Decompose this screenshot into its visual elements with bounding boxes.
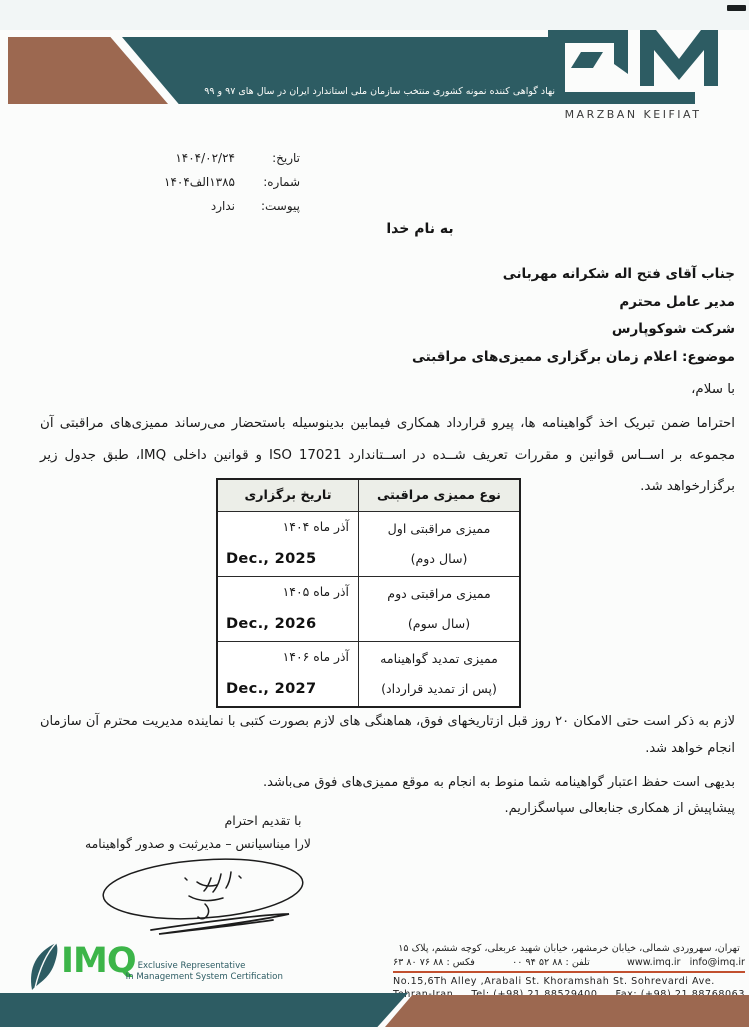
audit-schedule-table: تاریخ برگزاری نوع ممیزی مراقبتی آذر ماه … — [216, 478, 521, 708]
closing-respect: با تقدیم احترام — [183, 813, 343, 828]
footer-divider — [393, 971, 745, 973]
cell-type: ممیزی تمدید گواهینامه (پس از تمدید قرارد… — [358, 642, 519, 706]
closing-notes: لازم به ذکر است حتی الامکان ۲۰ روز قبل ا… — [40, 708, 735, 822]
meta-number-row: شماره: ۱۳۸۵الف۱۴۰۴ — [138, 170, 300, 194]
tel-fa: تلفن : ۸۸ ۵۲ ۹۴ ۰۰ — [512, 956, 590, 969]
audit-type-note: (پس از تمدید قرارداد) — [381, 681, 497, 696]
date-label: تاریخ: — [248, 151, 300, 165]
website-email: www.imq.ir info@imq.ir — [627, 956, 745, 969]
cell-date: آذر ماه ۱۴۰۶ Dec., 2027 — [218, 642, 358, 706]
attachment-label: پیوست: — [248, 199, 300, 213]
note-validity: بدیهی است حفظ اعتبار گواهینامه شما منوط … — [40, 770, 735, 796]
imq-wordmark: IMQ — [61, 941, 136, 981]
qm-logo-icon — [548, 30, 718, 106]
address-en: No.15,6Th Alley ,Arabali St. Khoramshah … — [393, 976, 745, 989]
audit-type: ممیزی مراقبتی دوم — [387, 586, 490, 601]
note-coordination: لازم به ذکر است حتی الامکان ۲۰ روز قبل ا… — [40, 708, 735, 762]
website-link: www.imq.ir — [627, 957, 680, 968]
header-date: تاریخ برگزاری — [218, 480, 358, 511]
addressee-block: جناب آقای فتح اله شکرانه مهربانی مدیر عا… — [412, 261, 735, 371]
cell-date: آذر ماه ۱۴۰۵ Dec., 2026 — [218, 577, 358, 641]
date-value: ۱۴۰۴/۰۲/۲۴ — [140, 151, 235, 165]
imq-tagline-2: In Management System Certification — [126, 972, 283, 983]
phone-line-fa: فکس : ۸۸ ۷۶ ۸۰ ۶۳ تلفن : ۸۸ ۵۲ ۹۴ ۰۰ www… — [393, 956, 745, 969]
date-en: Dec., 2025 — [226, 550, 316, 567]
cell-type: ممیزی مراقبتی دوم (سال سوم) — [358, 577, 519, 641]
date-fa: آذر ماه ۱۴۰۵ — [283, 584, 349, 599]
cell-type: ممیزی مراقبتی اول (سال دوم) — [358, 512, 519, 576]
scan-artifact — [727, 5, 746, 11]
table-row: آذر ماه ۱۴۰۶ Dec., 2027 ممیزی تمدید گواه… — [218, 641, 519, 706]
footer-brown-bar — [385, 995, 749, 1027]
banner-text: نهاد گواهی کننده نمونه کشوری منتخب سازما… — [204, 86, 565, 104]
date-en: Dec., 2026 — [226, 615, 316, 632]
recipient-company: شرکت شوکوپارس — [412, 316, 735, 344]
recipient-title: مدیر عامل محترم — [412, 289, 735, 317]
attachment-value: ندارد — [140, 199, 235, 213]
header-type: نوع ممیزی مراقبتی — [358, 480, 519, 511]
meta-date-row: تاریخ: ۱۴۰۴/۰۲/۲۴ — [138, 146, 300, 170]
recipient-name: جناب آقای فتح اله شکرانه مهربانی — [412, 261, 735, 289]
date-en: Dec., 2027 — [226, 680, 316, 697]
audit-type-note: (سال دوم) — [411, 551, 468, 566]
address-fa: تهران، سهروردی شمالی، خیابان خرمشهر، خیا… — [393, 942, 745, 955]
bismillah: به نام خدا — [330, 221, 510, 237]
header-banner: نهاد گواهی کننده نمونه کشوری منتخب سازما… — [122, 37, 565, 104]
audit-type-note: (سال سوم) — [408, 616, 470, 631]
subject-line: موضوع: اعلام زمان برگزاری ممیزی‌های مراق… — [412, 344, 735, 372]
audit-type: ممیزی مراقبتی اول — [388, 521, 491, 536]
number-value: ۱۳۸۵الف۱۴۰۴ — [140, 175, 235, 189]
signatory-name: لارا میناسیانس – مدیرثبت و صدور گواهینام… — [78, 836, 318, 851]
audit-type: ممیزی تمدید گواهینامه — [380, 651, 498, 666]
signature-scribble — [93, 856, 318, 938]
logo-caption: MARZBAN KEIFIAT — [548, 108, 718, 121]
table-row: آذر ماه ۱۴۰۴ Dec., 2025 ممیزی مراقبتی او… — [218, 511, 519, 576]
table-header-row: تاریخ برگزاری نوع ممیزی مراقبتی — [218, 480, 519, 511]
footer-teal-bar — [0, 993, 408, 1027]
table-row: آذر ماه ۱۴۰۵ Dec., 2026 ممیزی مراقبتی دو… — [218, 576, 519, 641]
salutation: با سلام، — [40, 377, 735, 403]
meta-attachment-row: پیوست: ندارد — [138, 194, 300, 218]
date-fa: آذر ماه ۱۴۰۶ — [283, 649, 349, 664]
cell-date: آذر ماه ۱۴۰۴ Dec., 2025 — [218, 512, 358, 576]
email-link: info@imq.ir — [690, 957, 745, 968]
letter-meta: تاریخ: ۱۴۰۴/۰۲/۲۴ شماره: ۱۳۸۵الف۱۴۰۴ پیو… — [138, 146, 300, 218]
imq-logo: IMQ Exclusive Representative In Manageme… — [25, 941, 283, 993]
imq-tagline-1: Exclusive Representative — [138, 961, 283, 972]
date-fa: آذر ماه ۱۴۰۴ — [283, 519, 349, 534]
number-label: شماره: — [248, 175, 300, 189]
scan-top-strip — [0, 0, 749, 30]
contact-block: تهران، سهروردی شمالی، خیابان خرمشهر، خیا… — [393, 942, 745, 1001]
fax-fa: فکس : ۸۸ ۷۶ ۸۰ ۶۳ — [393, 956, 475, 969]
letter-document: نهاد گواهی کننده نمونه کشوری منتخب سازما… — [0, 0, 749, 1030]
note-thanks: پیشاپیش از همکاری جنابعالی سپاسگزاریم. — [40, 796, 735, 822]
imq-taglines: Exclusive Representative In Management S… — [138, 961, 283, 982]
